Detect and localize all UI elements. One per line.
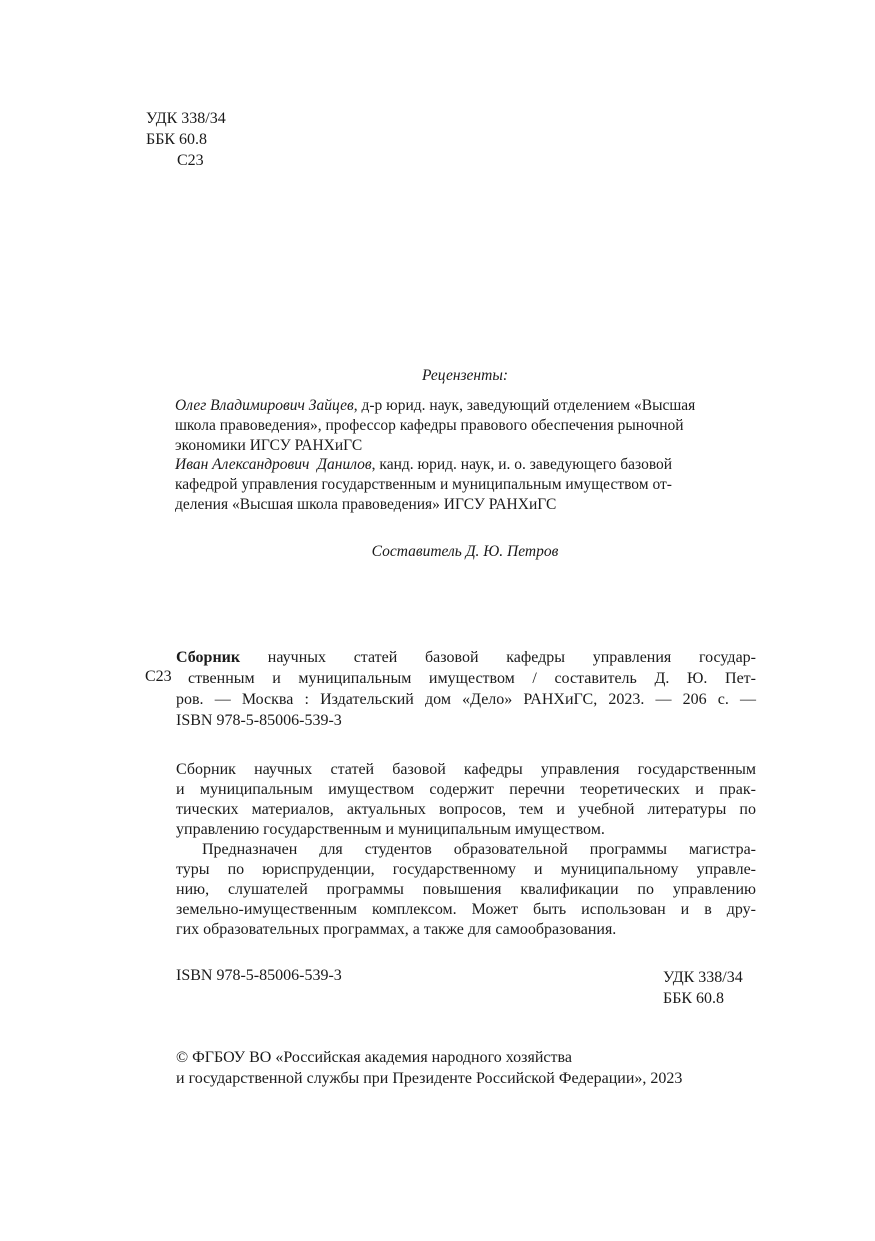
reviewer-name: Олег Владимирович Зайцев [175, 397, 354, 414]
annotation-line: Сборник научных статей базовой кафедры у… [176, 760, 756, 780]
bib-line: научных статей базовой кафедры управлени… [240, 649, 756, 666]
annotation-line: тических материалов, актуальных вопросов… [176, 800, 756, 820]
reviewer-text: , канд. юрид. наук, и. о. заведующего ба… [372, 456, 672, 473]
reviewer-entry: Иван Александрович Данилов, канд. юрид. … [175, 455, 755, 515]
bottom-classification-codes: УДК 338/34 ББК 60.8 [663, 967, 743, 1009]
reviewer-text: кафедрой управления государственным и му… [175, 476, 672, 493]
annotation: Сборник научных статей базовой кафедры у… [176, 760, 756, 940]
top-classification-codes: УДК 338/34 ББК 60.8 С23 [146, 108, 226, 171]
bib-isbn-line: ISBN 978-5-85006-539-3 [176, 710, 756, 731]
annotation-line: нию, слушателей программы повышения квал… [176, 880, 756, 900]
reviewer-name: Иван Александрович Данилов [175, 456, 372, 473]
copyright-notice: © ФГБОУ ВО «Российская академия народног… [176, 1047, 682, 1089]
copyright-line: © ФГБОУ ВО «Российская академия народног… [176, 1047, 682, 1068]
copyright-line: и государственной службы при Президенте … [176, 1068, 682, 1089]
annotation-line: Предназначен для студентов образовательн… [176, 840, 756, 860]
annotation-line: управлению государственным и муниципальн… [176, 820, 756, 840]
reviewer-text: экономики ИГСУ РАНХиГС [175, 437, 362, 454]
bib-line: ственным и муниципальным имуществом / со… [176, 668, 756, 689]
bib-line: ров. — Москва : Издательский дом «Дело» … [176, 689, 756, 710]
isbn: ISBN 978-5-85006-539-3 [176, 967, 342, 985]
bbk-code: ББК 60.8 [146, 129, 226, 150]
bibliographic-description: Сборник научных статей базовой кафедры у… [176, 647, 756, 731]
compiler-line: Составитель Д. Ю. Петров [175, 543, 755, 561]
udk-code: УДК 338/34 [663, 967, 743, 988]
reviewer-entry: Олег Владимирович Зайцев, д-р юрид. наук… [175, 396, 755, 456]
annotation-line: туры по юриспруденции, государственному … [176, 860, 756, 880]
reviewer-text: деления «Высшая школа правоведения» ИГСУ… [175, 496, 556, 513]
collection-title: Сборник [176, 649, 240, 666]
annotation-line: гих образовательных программах, а также … [176, 920, 756, 940]
udk-code: УДК 338/34 [146, 108, 226, 129]
bibliographic-author-mark: С23 [145, 668, 172, 686]
reviewer-text: школа правоведения», профессор кафедры п… [175, 417, 684, 434]
annotation-line: земельно-имущественным комплексом. Может… [176, 900, 756, 920]
reviewer-text: , д-р юрид. наук, заведующий отделением … [354, 397, 696, 414]
annotation-line: и муниципальным имуществом содержит пере… [176, 780, 756, 800]
author-mark: С23 [146, 150, 226, 171]
bbk-code: ББК 60.8 [663, 988, 743, 1009]
reviewers-heading: Рецензенты: [175, 367, 755, 385]
